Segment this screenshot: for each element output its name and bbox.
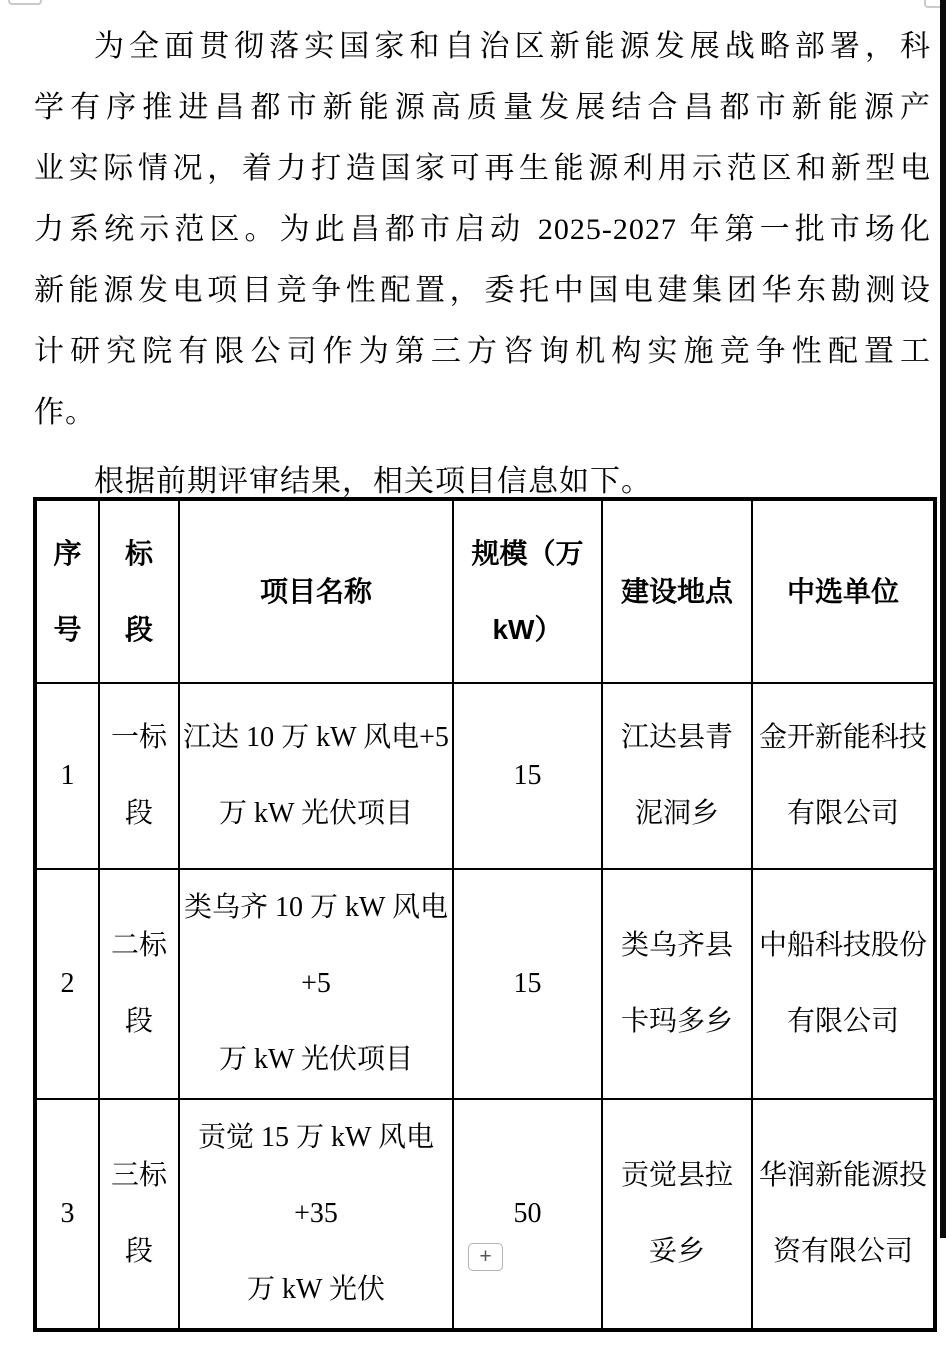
cell-location: 类乌齐县 卡玛多乡 [602,869,752,1099]
col-header-winner: 中选单位 [752,499,935,683]
cell-index: 1 [35,683,99,869]
cell-winner: 金开新能科技 有限公司 [752,683,935,869]
cell-bid-section: 一标 段 [99,683,179,869]
project-table: 序 号 标 段 项目名称 规模（万 kW） 建设地点 中选单位 1 一标 段 江… [33,497,937,1332]
expand-button[interactable]: + [468,1243,503,1271]
table-row: 3 三标 段 贡觉 15 万 kW 风电+35 万 kW 光伏 50 贡觉县拉 … [35,1099,935,1330]
table-row: 2 二标 段 类乌齐 10 万 kW 风电+5 万 kW 光伏项目 15 类乌齐… [35,869,935,1099]
intro-paragraph: 为全面贯彻落实国家和自治区新能源发展战略部署，科学有序推进昌都市新能源高质量发展… [34,16,931,443]
cell-project-name: 贡觉 15 万 kW 风电+35 万 kW 光伏 [179,1099,453,1330]
cell-project-name: 江达 10 万 kW 风电+5 万 kW 光伏项目 [179,683,453,869]
cell-bid-section: 二标 段 [99,869,179,1099]
cell-winner: 华润新能源投 资有限公司 [752,1099,935,1330]
cell-index: 3 [35,1099,99,1330]
col-header-location: 建设地点 [602,499,752,683]
col-header-scale: 规模（万 kW） [453,499,602,683]
cell-scale: 50 [453,1099,602,1330]
cell-winner: 中船科技股份 有限公司 [752,869,935,1099]
cell-project-name: 类乌齐 10 万 kW 风电+5 万 kW 光伏项目 [179,869,453,1099]
paragraph-line: 计研究院有限公司作为第三方咨询机构实施竞争性配置工 [34,321,931,382]
document-body: 为全面贯彻落实国家和自治区新能源发展战略部署，科学有序推进昌都市新能源高质量发展… [34,16,931,512]
col-header-bid-section: 标 段 [99,499,179,683]
scan-edge-bar [940,0,946,1238]
cell-bid-section: 三标 段 [99,1099,179,1330]
paragraph-line: 业实际情况，着力打造国家可再生能源利用示范区和新型电 [34,138,931,199]
cell-location: 贡觉县拉 妥乡 [602,1099,752,1330]
cell-scale: 15 [453,683,602,869]
col-header-project-name: 项目名称 [179,499,453,683]
paragraph-line: 力系统示范区。为此昌都市启动 2025-2027 年第一批市场化 [34,199,931,260]
paragraph-line: 学有序推进昌都市新能源高质量发展结合昌都市新能源产 [34,77,931,138]
paragraph-line: 新能源发电项目竞争性配置，委托中国电建集团华东勘测设 [34,260,931,321]
cell-location: 江达县青 泥洞乡 [602,683,752,869]
document-page: 为全面贯彻落实国家和自治区新能源发展战略部署，科学有序推进昌都市新能源高质量发展… [0,0,946,1369]
cell-index: 2 [35,869,99,1099]
table-header-row: 序 号 标 段 项目名称 规模（万 kW） 建设地点 中选单位 [35,499,935,683]
table-row: 1 一标 段 江达 10 万 kW 风电+5 万 kW 光伏项目 15 江达县青… [35,683,935,869]
col-header-index: 序 号 [35,499,99,683]
paragraph-line: 为全面贯彻落实国家和自治区新能源发展战略部署，科 [34,16,931,77]
cell-scale: 15 [453,869,602,1099]
cropped-control-top-left[interactable] [8,0,42,5]
paragraph-line: 作。 [34,382,931,443]
